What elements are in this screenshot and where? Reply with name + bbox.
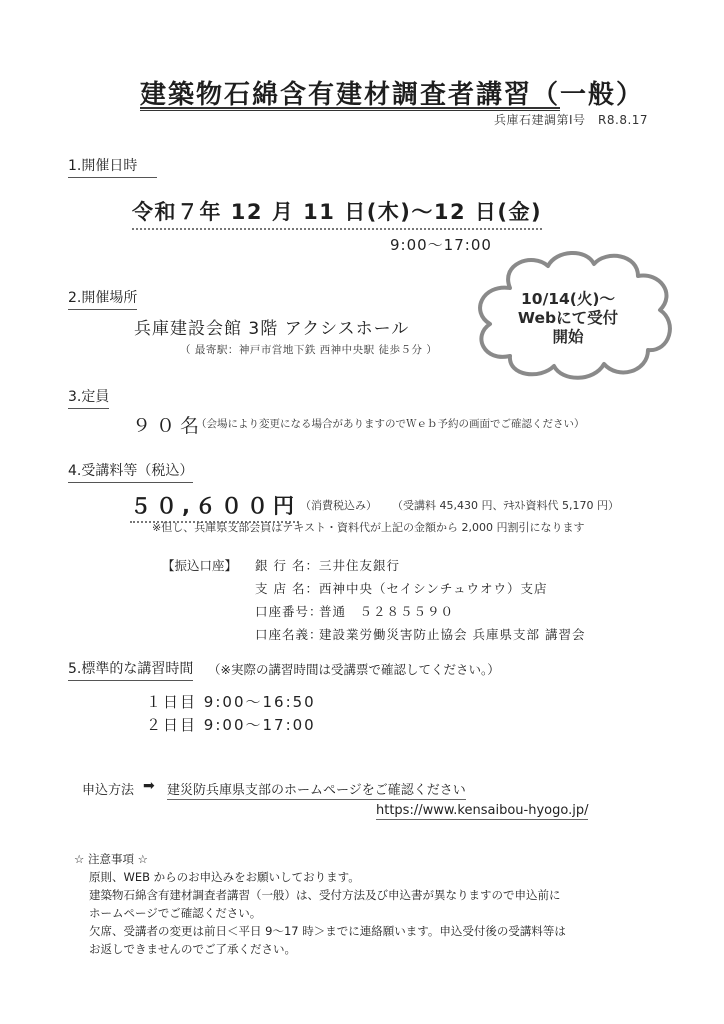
fee-breakdown: （受講料 45,430 円、ﾃｷｽﾄ資料代 5,170 円） [392,497,619,513]
note-line: 原則、WEB からのお申込みをお願いしております。 [89,869,360,885]
bank-row-key: 口座番号： [255,602,319,620]
note-line: お返しできませんのでご了承ください。 [89,941,296,957]
bank-row-value: 三井住友銀行 [319,558,400,573]
venue-name: 兵庫建設会館 3階 アクシスホール [134,314,409,339]
registration-callout: 10/14(火)～ Webにて受付 開始 [470,290,666,347]
bank-row-value: 西神中央（セイシンチュウオウ）支店 [319,581,547,596]
day-time: 9:00～16:50 [204,693,316,711]
right-arrow-icon: ➡ [143,778,155,794]
capacity-note: （会場により変更になる場合がありますのでＷｅｂ予約の画面でご確認ください） [196,416,585,431]
section-heading-hours: 5.標準的な講習時間 [68,658,193,681]
bank-row-value: 建設業労働災害防止協会 兵庫県支部 講習会 [319,627,585,642]
callout-line-2: Webにて受付 [470,309,666,328]
section-heading-fee: 4.受講料等（税込） [68,460,193,483]
notes-heading: ☆ 注意事項 ☆ [74,851,148,867]
homepage-link[interactable]: 建災防兵庫県支部のホームページをご確認ください [167,779,466,800]
note-line: ホームページでご確認ください。 [89,905,261,921]
section-heading-venue: 2.開催場所 [68,287,137,310]
day-1-hours: １日目 9:00～16:50 [146,691,316,712]
bank-row-key: 支 店 名： [255,579,319,597]
bank-account-label: 【振込口座】 [162,556,237,574]
venue-access: （ 最寄駅：神戸市営地下鉄 西神中央駅 徒歩５分 ） [180,342,437,357]
day-label: ２日目 [146,716,197,734]
day-2-hours: ２日目 9:00～17:00 [146,714,316,735]
capacity-value: ９０名 [132,411,204,438]
bank-row-account-number: 口座番号：普通 ５２８５５９０ [255,602,454,620]
note-line: 欠席、受講者の変更は前日＜平日 9～17 時＞までに連絡願います。申込受付後の受… [89,923,566,939]
event-date: 令和７年 12 月 11 日(木)～12 日(金) [132,196,542,230]
document-number: 兵庫石建調第Ⅰ号 R8.8.17 [494,111,648,128]
day-time: 9:00～17:00 [204,716,316,734]
callout-line-3: 開始 [470,328,666,347]
fee-tax-note: （消費税込み） [300,497,377,513]
application-method-label: 申込方法 [82,779,134,798]
homepage-url-link[interactable]: https://www.kensaibou-hyogo.jp/ [376,803,588,820]
section-heading-schedule: 1.開催日時 [68,155,157,178]
hours-note: （※実際の講習時間は受講票で確認してください。） [208,660,500,678]
bank-row-account-holder: 口座名義：建設業労働災害防止協会 兵庫県支部 講習会 [255,625,585,643]
bank-row-value: 普通 ５２８５５９０ [319,604,454,619]
section-heading-capacity: 3.定員 [68,386,109,409]
page-title: 建築物石綿含有建材調査者講習（一般） [140,74,644,111]
note-line: 建築物石綿含有建材調査者講習（一般）は、受付方法及び申込書が異なりますので申込前… [89,887,561,903]
bank-row-key: 銀 行 名： [255,556,319,574]
bank-row-key: 口座名義： [255,625,319,643]
day-label: １日目 [146,693,197,711]
bank-row-branch: 支 店 名：西神中央（セイシンチュウオウ）支店 [255,579,547,597]
bank-row-bank-name: 銀 行 名：三井住友銀行 [255,556,400,574]
fee-discount-note: ※但し、兵庫県支部会員はテキスト・資料代が上記の金額から 2,000 円割引にな… [152,519,584,535]
callout-line-1: 10/14(火)～ [470,290,666,309]
